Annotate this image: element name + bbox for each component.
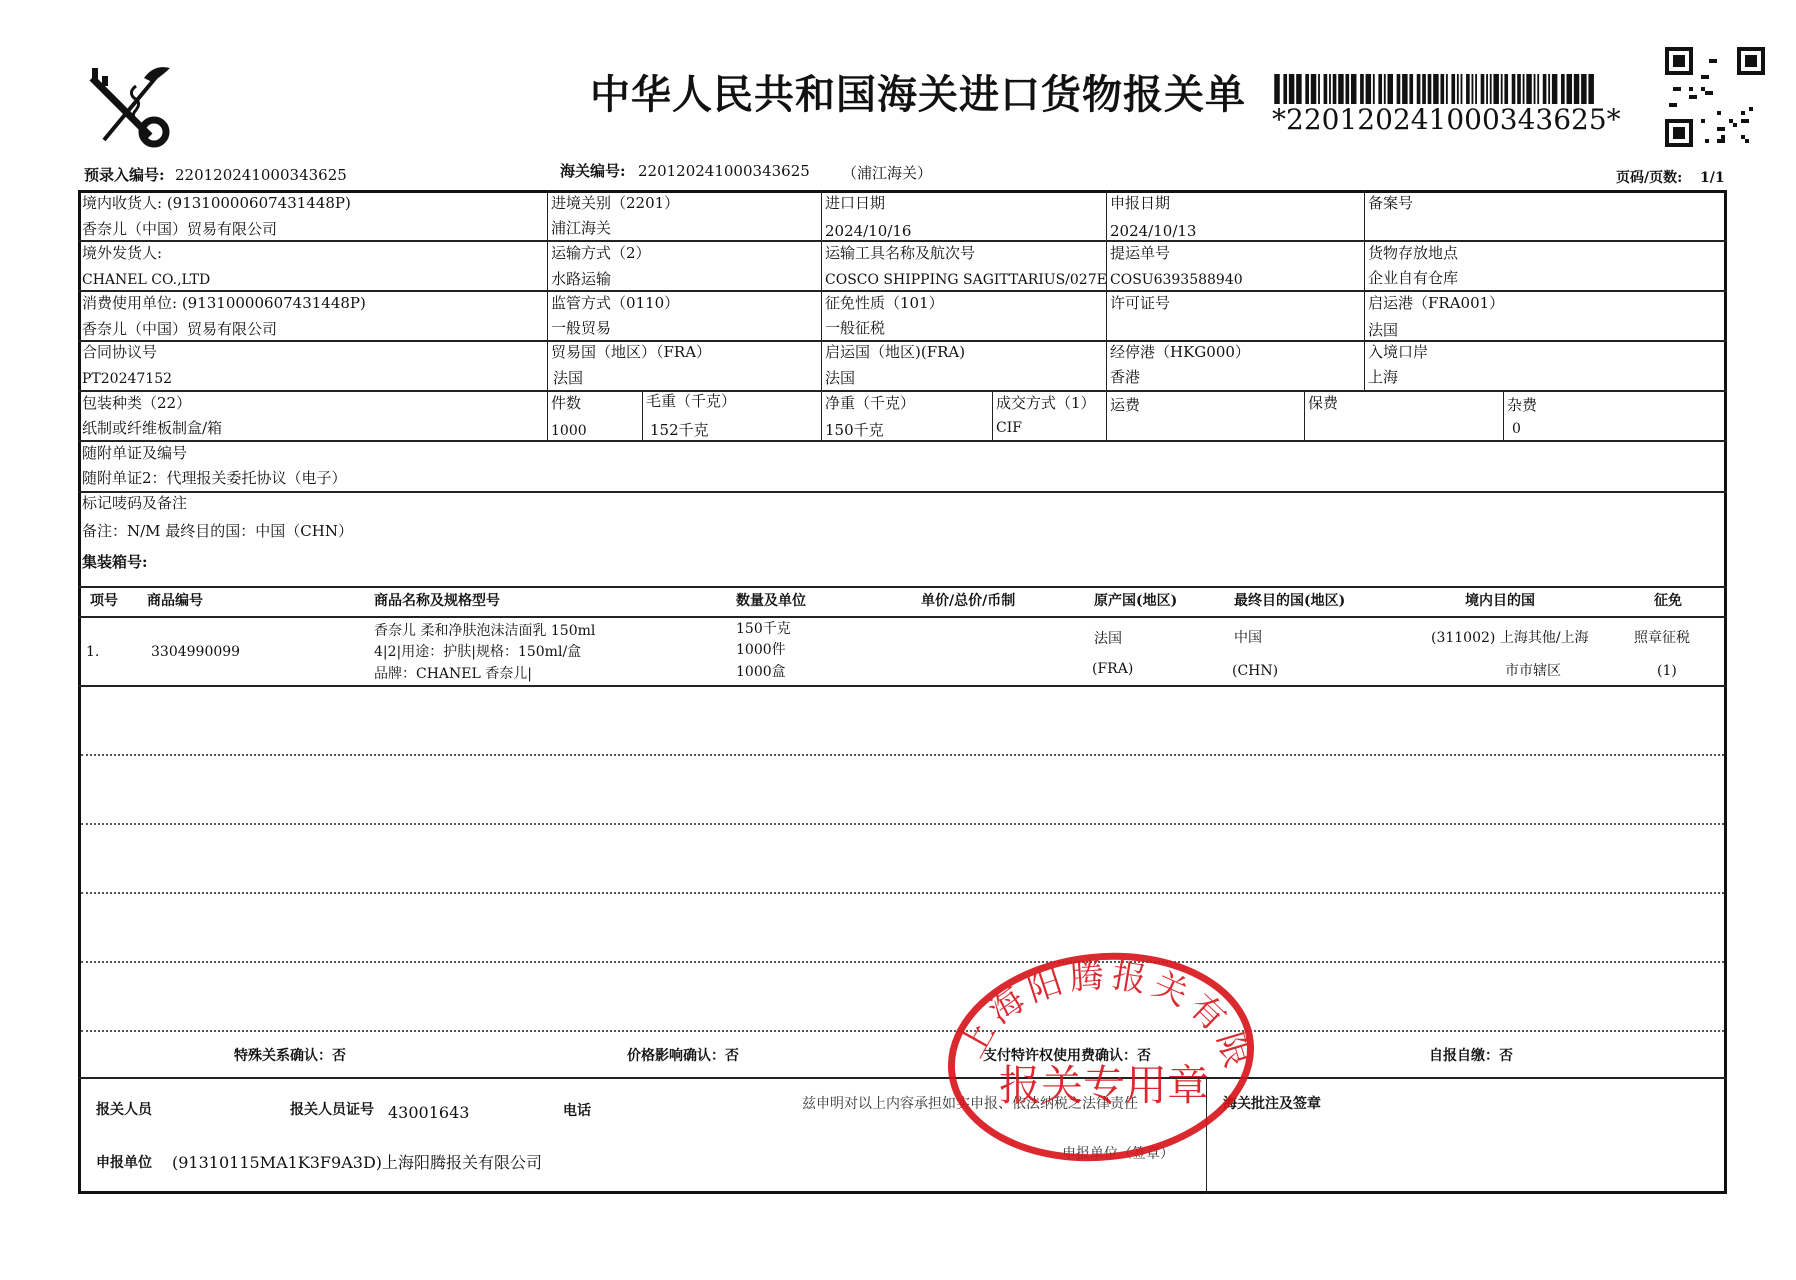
vessel-label: 运输工具名称及航次号: [825, 244, 975, 262]
goods-dest-line-2: (CHN): [1232, 662, 1278, 680]
goods-domestic-line-1: (311002) 上海其他/上海: [1431, 629, 1589, 647]
customs-no-label: 海关编号:: [560, 162, 626, 180]
marks-label: 标记唛码及备注: [82, 494, 187, 512]
consignee-label: 境内收货人: (91310000607431448P): [82, 194, 351, 212]
goods-header-hs-code: 商品编号: [147, 592, 203, 610]
company-seal-stamp: 上海阳腾报关有限公司 报关专用章: [944, 950, 1258, 1164]
declare-date-label: 申报日期: [1110, 194, 1170, 212]
consumer-label: 消费使用单位: (91310000607431448P): [82, 294, 366, 312]
levy-nature-label: 征免性质（101）: [825, 294, 944, 312]
page-label: 页码/页数:: [1616, 169, 1682, 187]
marks-value: 备注：N/M 最终目的国：中国（CHN）: [82, 522, 353, 540]
agency-value: (91310115MA1K3F9A3D)上海阳腾报关有限公司: [172, 1154, 542, 1172]
goods-header-price: 单价/总价/币制: [921, 592, 1015, 610]
qr-code: [1665, 47, 1765, 147]
consumer-value: 香奈儿（中国）贸易有限公司: [82, 320, 277, 338]
goods-dest-line-1: 中国: [1234, 629, 1262, 647]
customs-emblem-logo: [84, 58, 180, 148]
goods-levy-line-2: (1): [1657, 662, 1677, 680]
departure-port-label: 启运港（FRA001）: [1368, 294, 1504, 312]
goods-hs-code: 3304990099: [151, 643, 240, 661]
goods-header-origin: 原产国(地区): [1094, 592, 1177, 610]
freight-label: 运费: [1110, 396, 1140, 414]
bl-value: COSU6393588940: [1110, 271, 1243, 289]
customs-number: 220120241000343625: [638, 162, 810, 180]
misc-fee-label: 杂费: [1507, 396, 1537, 414]
departure-port-value: 法国: [1368, 321, 1398, 339]
storage-value: 企业自有仓库: [1368, 269, 1458, 287]
declarant-cert-label: 报关人员证号: [290, 1101, 374, 1119]
document-title: 中华人民共和国海关进口货物报关单: [590, 72, 1246, 118]
misc-fee-value: 0: [1512, 420, 1521, 438]
entry-point-value: 上海: [1368, 368, 1398, 386]
shipper-value: CHANEL CO.,LTD: [82, 271, 210, 289]
page-value: 1/1: [1700, 169, 1725, 187]
contract-value: PT20247152: [82, 370, 172, 388]
goods-header-item-no: 项号: [90, 592, 118, 610]
goods-header-domestic: 境内目的国: [1465, 592, 1535, 610]
gross-weight-value: 152千克: [650, 421, 709, 439]
record-no-label: 备案号: [1368, 194, 1413, 212]
goods-qty-line-1: 150千克: [736, 620, 791, 638]
trade-country-label: 贸易国（地区）（FRA）: [551, 343, 711, 361]
trade-terms-value: CIF: [996, 419, 1022, 437]
price-impact-confirm: 价格影响确认：否: [627, 1047, 739, 1065]
goods-header-dest: 最终目的国(地区): [1234, 592, 1345, 610]
departure-country-label: 启运国（地区)(FRA): [825, 343, 965, 361]
pre-entry-label: 预录入编号:: [84, 166, 165, 184]
special-relation-confirm: 特殊关系确认：否: [234, 1047, 346, 1065]
goods-qty-line-3: 1000盒: [736, 663, 786, 681]
pre-entry-number: 220120241000343625: [175, 166, 347, 184]
phone-label: 电话: [563, 1102, 591, 1120]
consignee-value: 香奈儿（中国）贸易有限公司: [82, 220, 277, 238]
declarant-cert-no: 43001643: [388, 1104, 469, 1122]
docs-value: 随附单证2：代理报关委托协议（电子）: [82, 469, 347, 487]
package-label: 包装种类（22）: [82, 394, 191, 412]
shipper-label: 境外发货人:: [82, 244, 162, 262]
departure-country-value: 法国: [825, 369, 855, 387]
net-weight-value: 150千克: [825, 421, 884, 439]
transport-mode-label: 运输方式（2）: [551, 244, 651, 262]
insurance-label: 保费: [1308, 394, 1338, 412]
docs-label: 随附单证及编号: [82, 444, 187, 462]
transport-mode-value: 水路运输: [551, 270, 611, 288]
stop-port-value: 香港: [1110, 368, 1140, 386]
agency-label: 申报单位: [96, 1154, 152, 1172]
goods-qty-line-2: 1000件: [736, 641, 786, 659]
import-date-value: 2024/10/16: [825, 222, 911, 240]
goods-item-no: 1.: [86, 643, 99, 661]
entry-point-label: 入境口岸: [1368, 343, 1428, 361]
goods-origin-line-2: (FRA): [1092, 660, 1133, 678]
net-weight-label: 净重（千克）: [825, 394, 915, 412]
pieces-label: 件数: [551, 394, 581, 412]
self-pay-confirm: 自报自缴：否: [1429, 1047, 1513, 1065]
goods-origin-line-1: 法国: [1094, 630, 1122, 648]
supervision-label: 监管方式（0110）: [551, 294, 679, 312]
goods-name-line-3: 品牌：CHANEL 香奈儿|: [374, 665, 532, 683]
goods-header-name: 商品名称及规格型号: [374, 592, 500, 610]
trade-terms-label: 成交方式（1）: [996, 394, 1096, 412]
goods-header-levy: 征免: [1654, 592, 1682, 610]
container-label: 集装箱号:: [82, 553, 148, 571]
barcode-number: *220120241000343625*: [1272, 104, 1621, 136]
pieces-value: 1000: [551, 422, 587, 440]
declarant-label: 报关人员: [96, 1101, 152, 1119]
customs-office: （浦江海关）: [842, 164, 932, 182]
bl-label: 提运单号: [1110, 244, 1170, 262]
goods-domestic-line-2: 市市辖区: [1505, 662, 1561, 680]
supervision-value: 一般贸易: [551, 319, 611, 337]
goods-name-line-2: 4|2|用途：护肤|规格：150ml/盒: [374, 643, 581, 661]
trade-country-value: 法国: [553, 369, 583, 387]
declare-date-value: 2024/10/13: [1110, 222, 1196, 240]
stop-port-label: 经停港（HKG000）: [1110, 343, 1250, 361]
svg-text:上海阳腾报关有限公司: 上海阳腾报关有限公司: [944, 950, 1258, 1078]
contract-label: 合同协议号: [82, 343, 157, 361]
levy-nature-value: 一般征税: [825, 319, 885, 337]
import-date-label: 进口日期: [825, 194, 885, 212]
entry-port-value: 浦江海关: [551, 219, 611, 237]
gross-weight-label: 毛重（千克）: [646, 392, 736, 410]
barcode: [1256, 74, 1614, 104]
entry-port-label: 进境关别（2201）: [551, 194, 679, 212]
goods-levy-line-1: 照章征税: [1634, 629, 1690, 647]
storage-label: 货物存放地点: [1368, 244, 1458, 262]
license-label: 许可证号: [1110, 294, 1170, 312]
vessel-value: COSCO SHIPPING SAGITTARIUS/027E: [825, 271, 1107, 289]
goods-header-qty: 数量及单位: [736, 592, 806, 610]
package-value: 纸制或纤维板制盒/箱: [82, 419, 222, 437]
svg-text:报关专用章: 报关专用章: [999, 1061, 1209, 1110]
goods-name-line-1: 香奈儿 柔和净肤泡沫洁面乳 150ml: [374, 622, 595, 640]
